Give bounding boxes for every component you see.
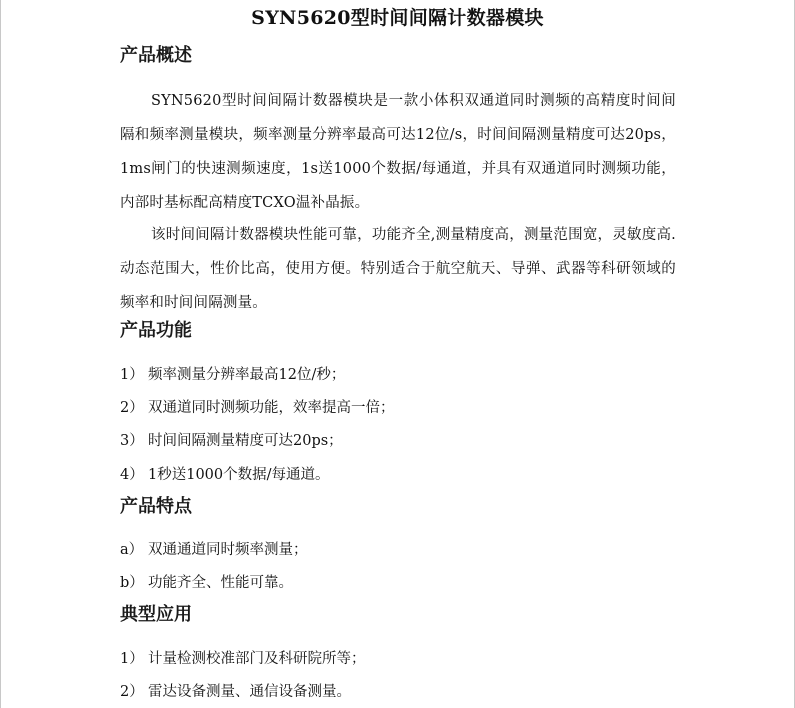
list-marker: 2） — [120, 397, 148, 419]
section-heading-overview: 产品概述 — [120, 44, 192, 68]
list-item-text: 计量检测校准部门及科研院所等； — [148, 651, 366, 667]
list-item-text: 时间间隔测量精度可达20ps； — [148, 433, 343, 449]
list-item-text: 功能齐全、性能可靠。 — [148, 575, 293, 591]
function-list-item: 2）双通道同时测频功能，效率提高一倍； — [120, 397, 395, 419]
function-list-item: 4）1秒送1000个数据/每通道。 — [120, 464, 330, 486]
list-marker: 4） — [120, 464, 148, 486]
list-marker: 2） — [120, 681, 148, 703]
list-marker: a） — [120, 539, 148, 561]
list-marker: 1） — [120, 648, 148, 670]
list-item-text: 双通通道同时频率测量； — [148, 542, 308, 558]
document-title: SYN5620型时间间隔计数器模块 — [0, 4, 795, 32]
list-marker: b） — [120, 572, 148, 594]
list-item-text: 频率测量分辨率最高12位/秒； — [148, 367, 345, 383]
feature-list-item: a）双通通道同时频率测量； — [120, 539, 308, 561]
overview-paragraph-1: SYN5620型时间间隔计数器模块是一款小体积双通道同时测频的高精度时间间隔和频… — [120, 84, 676, 220]
application-list-item: 2）雷达设备测量、通信设备测量。 — [120, 681, 351, 703]
list-item-text: 1秒送1000个数据/每通道。 — [148, 467, 330, 483]
function-list-item: 3）时间间隔测量精度可达20ps； — [120, 430, 343, 452]
list-item-text: 双通道同时测频功能，效率提高一倍； — [148, 400, 395, 416]
section-heading-functions: 产品功能 — [120, 319, 192, 343]
list-marker: 1） — [120, 364, 148, 386]
function-list-item: 1）频率测量分辨率最高12位/秒； — [120, 364, 345, 386]
list-item-text: 雷达设备测量、通信设备测量。 — [148, 684, 351, 700]
overview-paragraph-2: 该时间间隔计数器模块性能可靠，功能齐全,测量精度高，测量范围宽，灵敏度高. 动态… — [120, 218, 676, 320]
feature-list-item: b）功能齐全、性能可靠。 — [120, 572, 293, 594]
application-list-item: 1）计量检测校准部门及科研院所等； — [120, 648, 366, 670]
section-heading-features: 产品特点 — [120, 495, 192, 519]
page-border-left — [0, 0, 1, 708]
section-heading-applications: 典型应用 — [120, 603, 192, 627]
list-marker: 3） — [120, 430, 148, 452]
